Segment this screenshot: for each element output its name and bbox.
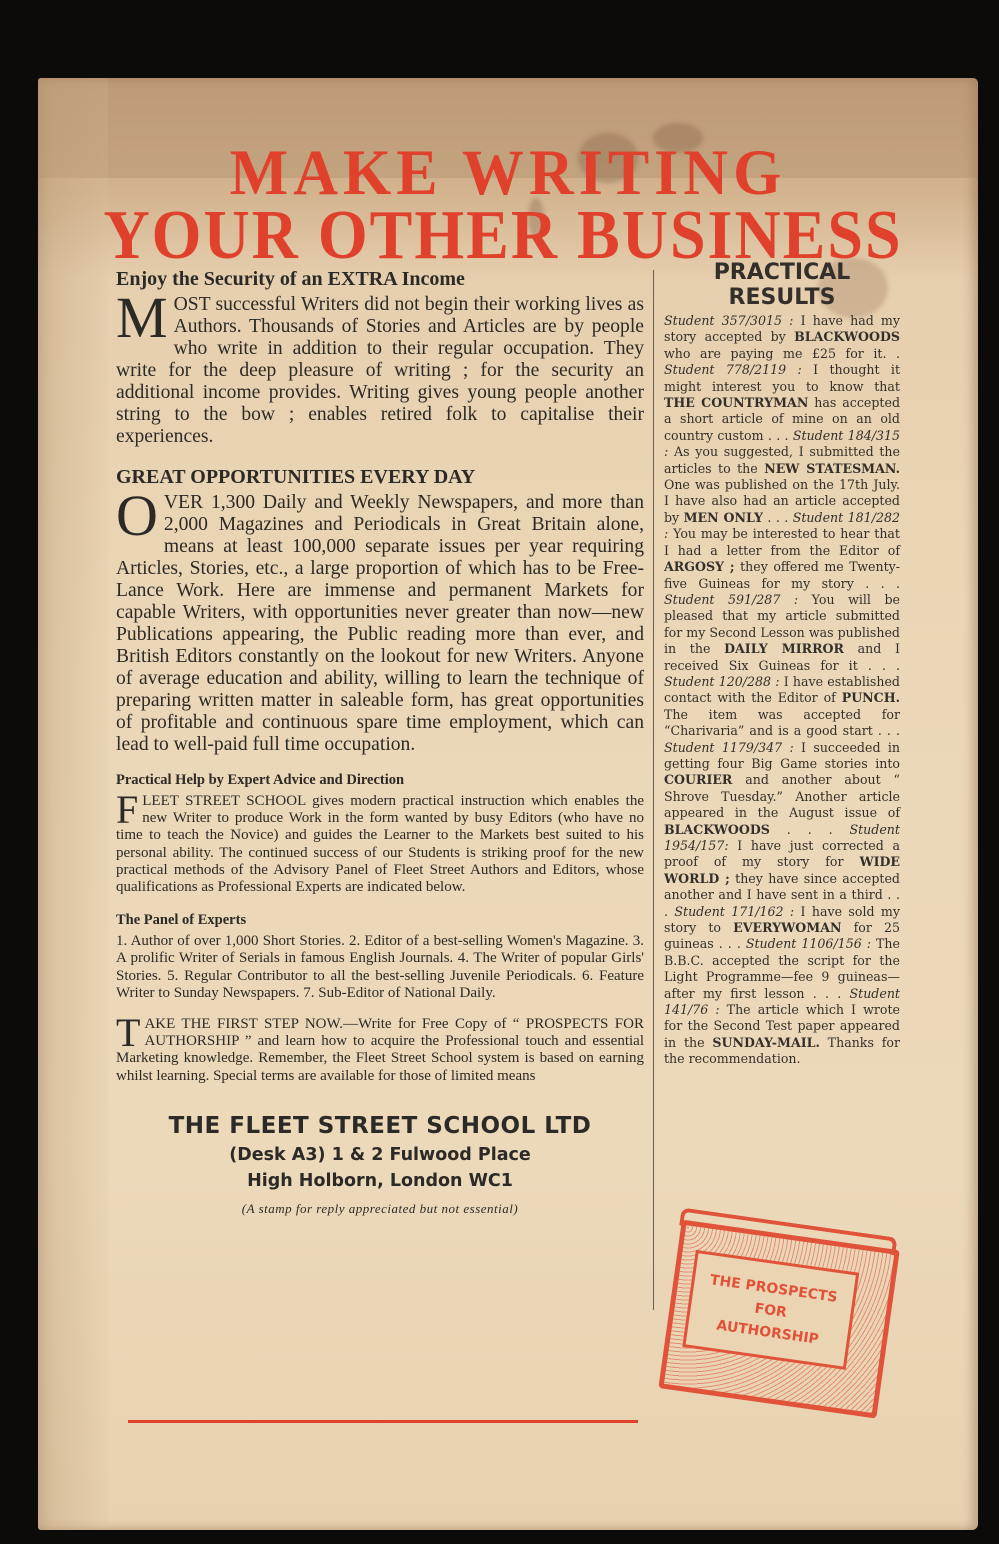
opportunities-paragraph: O VER 1,300 Daily and Weekly Newspapers,… [116,492,644,756]
publication-name: PUNCH. [842,690,900,705]
student-reference: Student 1106/156 : [741,936,871,951]
right-column: PRACTICAL RESULTS Student 357/3015 : I h… [664,260,900,1068]
address-line-1: (Desk A3) 1 & 2 Fulwood Place [116,1145,644,1165]
student-reference: Student 1179/347 : [664,740,794,755]
results-title-line-2: RESULTS [664,285,900,310]
stamp-note: (A stamp for reply appreciated but not e… [116,1201,644,1217]
publication-name: BLACKWOODS [794,329,900,344]
company-name: THE FLEET STREET SCHOOL LTD [116,1113,644,1139]
first-step-text: AKE THE FIRST STEP NOW.—Write for Free C… [116,1016,644,1084]
publication-name: COURIER [664,772,732,787]
practical-help-paragraph: F LEET STREET SCHOOL gives modern practi… [116,793,644,896]
red-rule-divider [128,1420,638,1423]
publication-name: DAILY MIRROR [724,641,844,656]
testimonial-text: You may be interested to hear that I had… [664,526,900,557]
drop-cap: M [116,296,168,340]
spine-fold [38,78,108,1530]
testimonial-text: who are paying me £25 for it. . [664,346,900,361]
opportunities-text: VER 1,300 Daily and Weekly Newspapers, a… [116,492,644,755]
publication-name: ARGOSY ; [664,559,735,574]
book-back-cover: MAKE WRITING YOUR OTHER BUSINESS Enjoy t… [38,78,978,1530]
student-reference: Student 171/162 : [668,904,794,919]
address-line-2: High Holborn, London WC1 [116,1171,644,1191]
publication-name: THE COUNTRYMAN [664,395,808,410]
first-step-paragraph: T AKE THE FIRST STEP NOW.—Write for Free… [116,1016,644,1085]
intro-subhead: Enjoy the Security of an EXTRA Income [116,268,644,291]
panel-heading: The Panel of Experts [116,912,644,929]
results-title-line-1: PRACTICAL [664,260,900,285]
address-block: THE FLEET STREET SCHOOL LTD (Desk A3) 1 … [116,1113,644,1217]
prospects-booklet-illustration: THE PROSPECTS FOR AUTHORSHIP [659,1208,914,1419]
testimonial-text: . . . [770,822,833,837]
publication-name: MEN ONLY [684,510,763,525]
student-reference: Student 591/287 : [664,592,798,607]
practical-help-heading: Practical Help by Expert Advice and Dire… [116,772,644,789]
intro-text: OST successful Writers did not begin the… [116,294,644,447]
practical-help-text: LEET STREET SCHOOL gives modern practica… [116,793,644,895]
results-testimonials: Student 357/3015 : I have had my story a… [664,313,900,1068]
panel-paragraph: 1. Author of over 1,000 Short Stories. 2… [116,933,644,1002]
student-reference: Student 120/288 : [664,674,779,689]
results-title: PRACTICAL RESULTS [664,260,900,310]
publication-name: NEW STATESMAN. [764,461,900,476]
left-column: Enjoy the Security of an EXTRA Income M … [116,268,644,1217]
testimonial-text: . . . [763,510,788,525]
opportunities-heading: GREAT OPPORTUNITIES EVERY DAY [116,466,644,489]
student-reference: Student 357/3015 : [664,313,793,328]
drop-cap: O [116,494,158,538]
drop-cap: T [116,1018,140,1048]
drop-cap: F [116,795,138,825]
student-reference: Student 778/2119 : [664,362,802,377]
publication-name: EVERYWOMAN [733,920,841,935]
column-divider [653,270,654,1310]
intro-paragraph: M OST successful Writers did not begin t… [116,294,644,448]
testimonial-text: The item was accepted for “Charivaria” a… [664,707,900,738]
publication-name: SUNDAY-MAIL. [712,1035,819,1050]
publication-name: BLACKWOODS [664,822,770,837]
